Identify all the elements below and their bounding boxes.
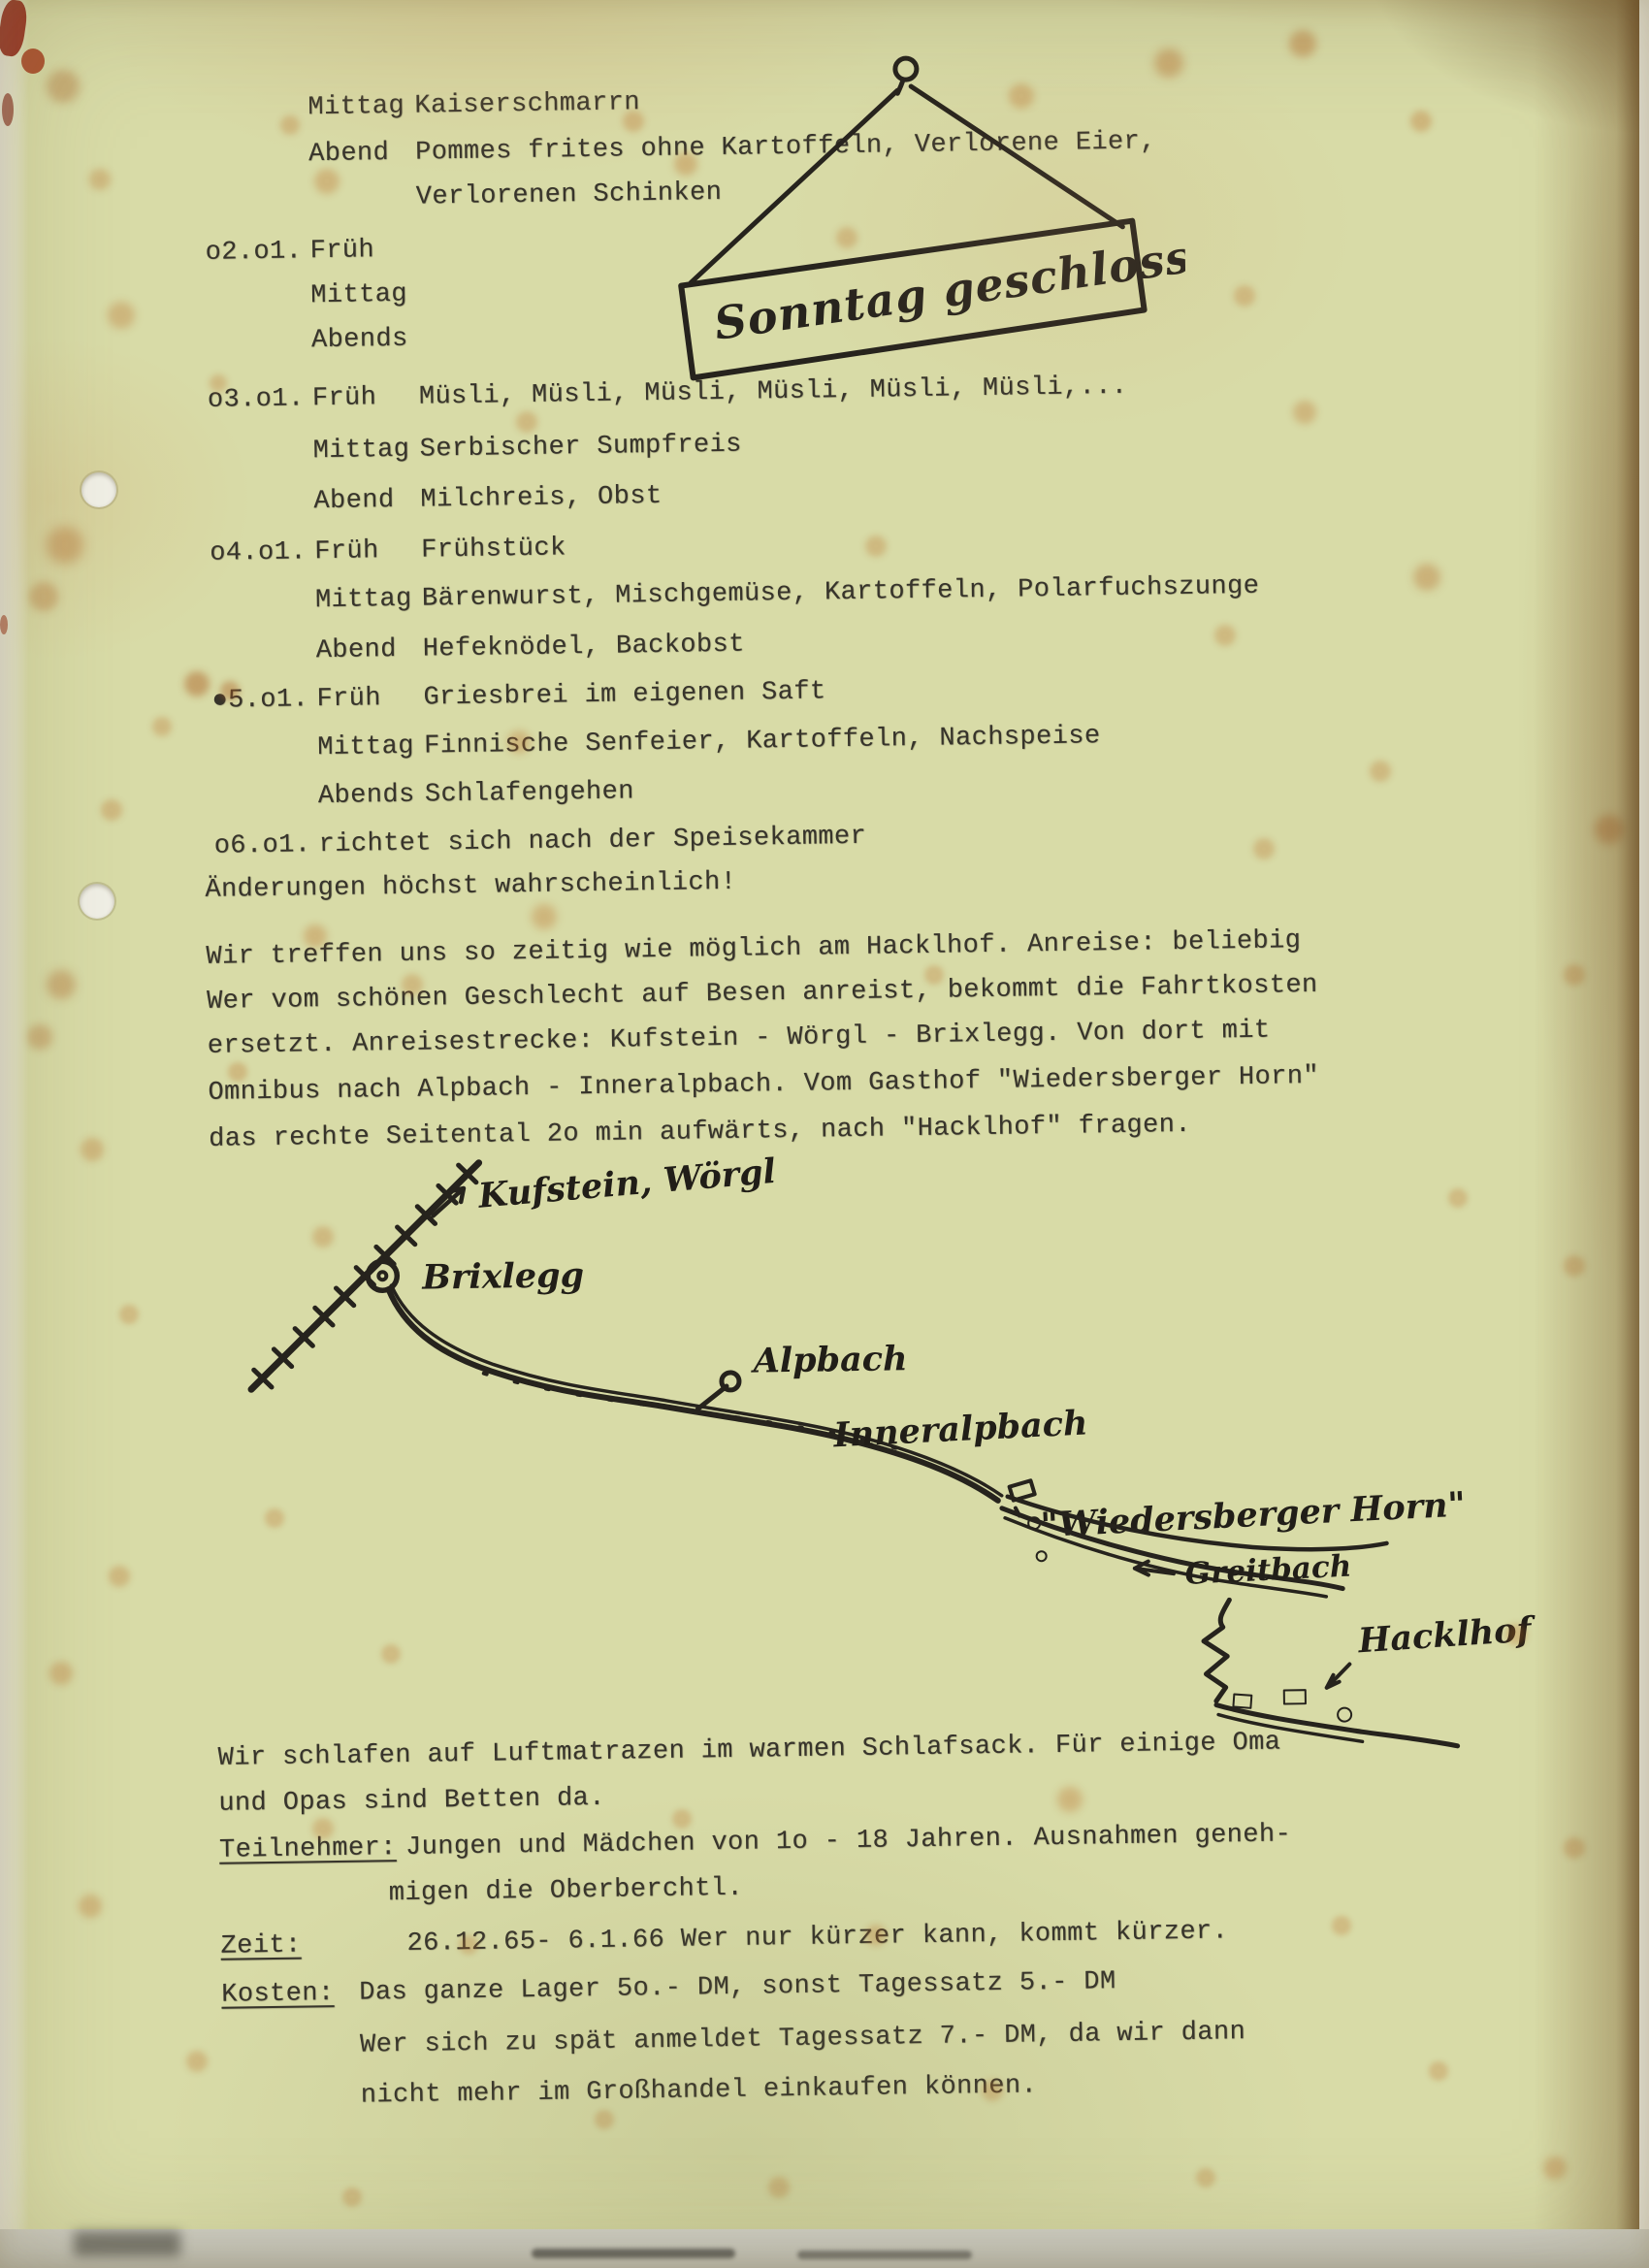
building-rect (1233, 1695, 1251, 1708)
menu-schedule: MittagKaiserschmarrn AbendPommes frites … (0, 0, 1647, 3)
building-rect (1284, 1690, 1306, 1703)
scan-edge-bottom (0, 2229, 1649, 2268)
menu-dish: Serbischer Sumpfreis (419, 431, 741, 465)
main-road-line (389, 1280, 998, 1509)
station-dot (378, 1272, 386, 1280)
menu-dish: Griesbrei im eigenen Saft (423, 677, 825, 712)
menu-dish: Milchreis, Obst (420, 482, 662, 515)
kosten-value: Wer sich zu spät anmeldet Tagessatz 7.- … (360, 2018, 1246, 2060)
closed-sign-text: Sonntag geschlossen (711, 221, 1187, 350)
map-label-inneralpbach: Inneralpbach (831, 1403, 1088, 1455)
zigzag-trail (1203, 1600, 1231, 1701)
map-label-brixlegg: Brixlegg (421, 1255, 584, 1297)
red-ink-mark (2, 93, 14, 126)
changes-note: Änderungen höchst wahrscheinlich! (205, 868, 736, 905)
red-ink-mark (21, 49, 45, 74)
zeit-value: 26.12.65- 6.1.66 Wer nur kürzer kann, ko… (406, 1917, 1228, 1959)
zeit-label: Zeit: (220, 1931, 301, 1961)
menu-meal: Früh (316, 684, 381, 714)
arrow-down-left-icon (1326, 1664, 1349, 1687)
scan-content: MittagKaiserschmarrn AbendPommes frites … (0, 0, 1649, 2268)
menu-date: o6.o1. (214, 830, 311, 860)
menu-date: ●5.o1. (211, 685, 308, 715)
map-label-wiedersberger-horn: "Wiedersberger Horn" (1040, 1484, 1467, 1545)
punch-hole (81, 472, 116, 507)
alpbach-branch (697, 1386, 727, 1409)
kosten-label: Kosten: (221, 1979, 335, 2010)
scanned-camp-letter-page: MittagKaiserschmarrn AbendPommes frites … (0, 0, 1649, 2268)
menu-meal: Mittag (315, 585, 412, 615)
menu-date: o4.o1. (210, 537, 307, 567)
map-label-hacklhof: Hacklhof (1356, 1609, 1537, 1661)
menu-dish: Finnische Senfeier, Kartoffeln, Nachspei… (424, 722, 1101, 761)
scan-edge-left (0, 0, 29, 2268)
teilnehmer-label: Teilnehmer: (219, 1833, 397, 1865)
travel-line: Wir treffen uns so zeitig wie möglich am… (206, 926, 1301, 972)
menu-meal: Mittag (317, 732, 414, 762)
details-section: Teilnehmer: Jungen und Mädchen von 1o - … (0, 0, 1647, 3)
menu-meal: Abends (318, 781, 415, 811)
menu-meal: Mittag (310, 280, 407, 310)
kosten-value: nicht mehr im Großhandel einkaufen könne… (361, 2071, 1038, 2110)
punch-hole (80, 884, 114, 919)
sleeping-line: und Opas sind Betten da. (218, 1784, 605, 1819)
menu-meal: Früh (309, 236, 374, 266)
menu-dish: Kaiserschmarrn (414, 88, 640, 120)
sign-string-right (911, 83, 1122, 230)
scanner-smudge (532, 2249, 735, 2258)
travel-line: ersetzt. Anreisestrecke: Kufstein - Wörg… (208, 1017, 1271, 1061)
menu-date: o3.o1. (208, 384, 305, 414)
menu-meal: Mittag (312, 436, 409, 466)
map-label-alpbach: Alpbach (750, 1339, 907, 1380)
menu-meal: Abend (308, 139, 389, 169)
menu-dish: Hefeknödel, Backobst (423, 631, 745, 664)
travel-line: Omnibus nach Alpbach - Inneralpbach. Vom… (208, 1062, 1319, 1108)
map-label-kufstein-woergl: Kufstein, Wörgl (476, 1151, 778, 1216)
menu-dish: Schlafengehen (425, 777, 634, 809)
page-edge-shadow (1616, 0, 1641, 2268)
menu-meal: Abend (316, 635, 397, 665)
menu-dish: Bärenwurst, Mischgemüse, Kartoffeln, Pol… (422, 572, 1260, 614)
menu-note: richtet sich nach der Speisekammer (318, 823, 866, 859)
sign-string-left (688, 90, 900, 282)
red-ink-mark (0, 615, 8, 634)
menu-meal: Früh (312, 383, 377, 413)
menu-meal: Abend (313, 486, 394, 516)
sign-hook-icon (895, 58, 917, 80)
sleeping-paragraph: Wir schlafen auf Luftmatrazen im warmen … (0, 0, 1647, 3)
teilnehmer-value: migen die Oberberchtl. (389, 1874, 744, 1908)
menu-meal: Mittag (307, 92, 404, 122)
building-dot (1037, 1551, 1047, 1561)
travel-paragraph: Wir treffen uns so zeitig wie möglich am… (0, 0, 1647, 3)
main-road-edge (391, 1277, 1001, 1505)
menu-date: o2.o1. (205, 237, 302, 267)
travel-line: Wer vom schönen Geschlecht auf Besen anr… (207, 971, 1318, 1017)
village-dot-alpbach (722, 1373, 739, 1390)
scanner-smudge (74, 2231, 180, 2256)
route-map-sketch: Kufstein, Wörgl Brixlegg Alpbach Inneral… (150, 1130, 1536, 1771)
building-dot (1338, 1707, 1351, 1721)
closed-sign-sketch: Sonntag geschlossen (619, 36, 1186, 384)
menu-meal: Früh (314, 536, 379, 567)
kosten-value: Das ganze Lager 5o.- DM, sonst Tagessatz… (359, 1967, 1116, 2008)
teilnehmer-value: Jungen und Mädchen von 1o - 18 Jahren. A… (405, 1820, 1292, 1863)
menu-dish: Frühstück (421, 534, 566, 565)
scanner-smudge (797, 2251, 972, 2259)
scan-edge-right (1639, 0, 1649, 2268)
menu-meal: Abends (311, 325, 408, 355)
